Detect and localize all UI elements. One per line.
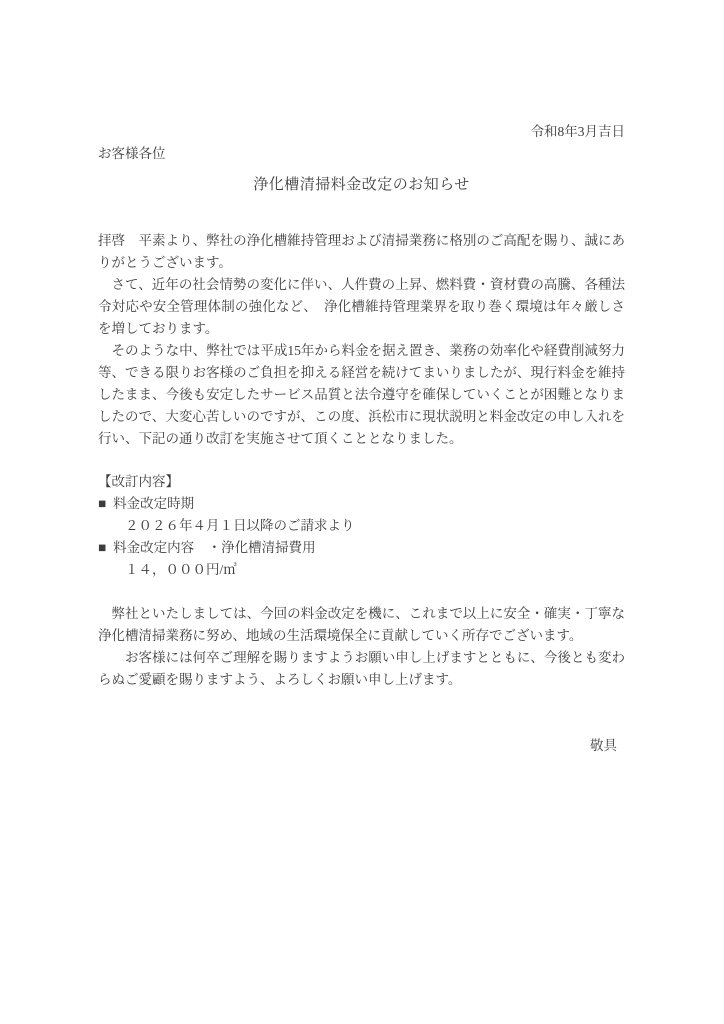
- sign-off: 敬具: [98, 735, 625, 757]
- revision-item-period-detail: ２０２６年４月１日以降のご請求より: [98, 515, 625, 537]
- notice-document-page: 令和8年3月吉日 お客様各位 浄化槽清掃料金改定のお知らせ 拝啓 平素より、弊社…: [0, 0, 724, 1024]
- recipient-line: お客様各位: [98, 143, 625, 165]
- closing-paragraph-request: お客様には何卒ご理解を賜りますようお願い申し上げますとともに、今後とも変わらぬご…: [98, 647, 625, 691]
- revision-item-fee-heading: ■料金改定内容 ・浄化槽清掃費用: [98, 537, 625, 559]
- body-text: 拝啓 平素より、弊社の浄化槽維持管理および清掃業務に格別のご高配を賜り、誠にあり…: [98, 230, 625, 450]
- revision-section-heading: 【改訂内容】: [98, 471, 625, 493]
- revision-item-fee: ■料金改定内容 ・浄化槽清掃費用 １４，０００円/㎥: [98, 537, 625, 581]
- square-bullet-icon: ■: [98, 540, 106, 555]
- revision-item-period: ■料金改定時期 ２０２６年４月１日以降のご請求より: [98, 493, 625, 537]
- revision-item-period-label: 料金改定時期: [113, 496, 194, 511]
- revision-item-fee-detail: １４，０００円/㎥: [98, 559, 625, 581]
- body-paragraph-greeting: 拝啓 平素より、弊社の浄化槽維持管理および清掃業務に格別のご高配を賜り、誠にあり…: [98, 230, 625, 274]
- closing-text: 弊社といたしましては、今回の料金改定を機に、これまで以上に安全・確実・丁寧な浄化…: [98, 603, 625, 691]
- revision-details-section: 【改訂内容】 ■料金改定時期 ２０２６年４月１日以降のご請求より ■料金改定内容…: [98, 471, 625, 581]
- square-bullet-icon: ■: [98, 496, 106, 511]
- body-paragraph-reason: そのような中、弊社では平成15年から料金を据え置き、業務の効率化や経費削減努力等…: [98, 340, 625, 450]
- body-paragraph-background: さて、近年の社会情勢の変化に伴い、人件費の上昇、燃料費・資材費の高騰、各種法令対…: [98, 274, 625, 340]
- closing-paragraph-commitment: 弊社といたしましては、今回の料金改定を機に、これまで以上に安全・確実・丁寧な浄化…: [98, 603, 625, 647]
- revision-item-period-heading: ■料金改定時期: [98, 493, 625, 515]
- document-date: 令和8年3月吉日: [98, 121, 625, 143]
- revision-item-fee-label: 料金改定内容 ・浄化槽清掃費用: [113, 540, 316, 555]
- document-title: 浄化槽清掃料金改定のお知らせ: [98, 173, 625, 197]
